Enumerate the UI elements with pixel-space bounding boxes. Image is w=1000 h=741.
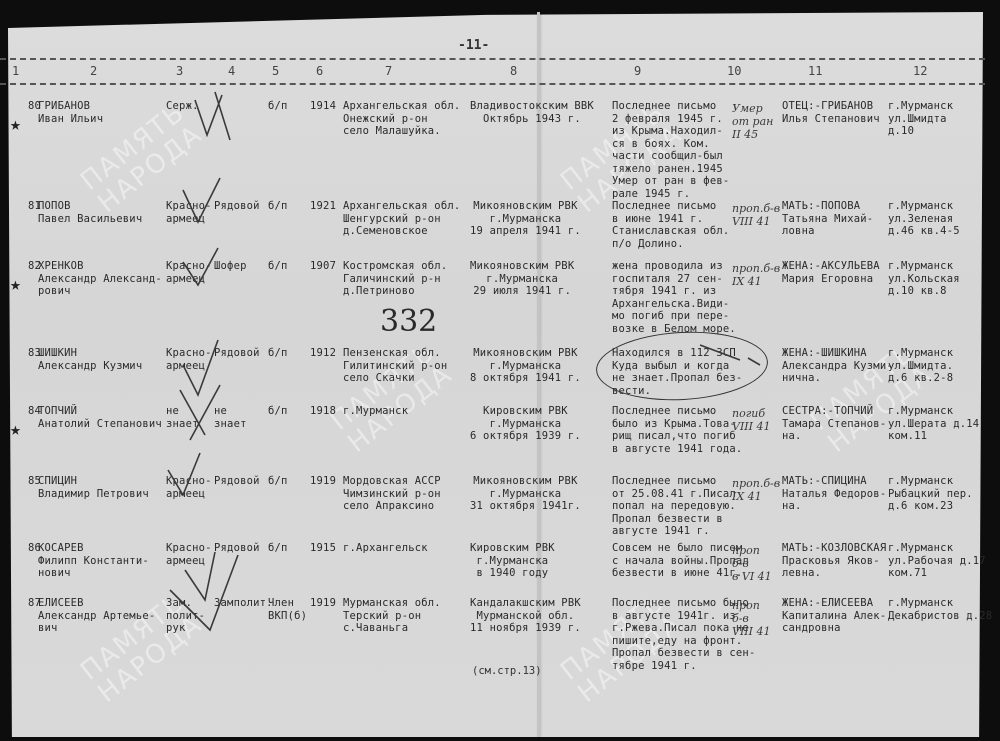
handwritten-checkmarks bbox=[0, 0, 1000, 741]
footer-note: (см.стр.13) bbox=[472, 665, 542, 677]
